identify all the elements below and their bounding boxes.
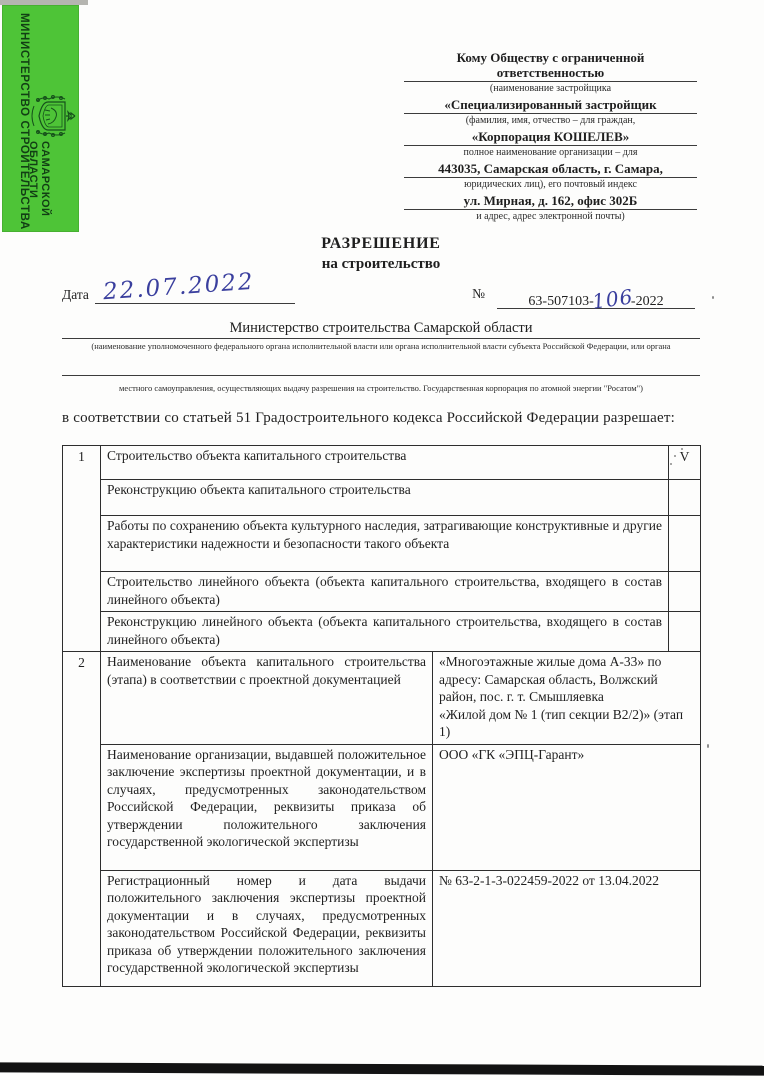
addressee-block: Кому Обществу с ограниченной ответственн… <box>404 50 697 225</box>
addressee-line: «Корпорация КОШЕЛЕВ» <box>404 129 697 146</box>
addressee-caption: (наименование застройщика <box>404 82 697 97</box>
table-row: 2 Наименование объекта капитального стро… <box>63 652 701 745</box>
date-field: 22.07.2022 <box>95 281 295 304</box>
number-prefix: 63-507103- <box>528 294 593 309</box>
field-value-cell: ООО «ГК «ЭПЦ-Гарант» <box>433 744 701 870</box>
addressee-caption: полное наименование организации – для <box>404 146 697 161</box>
row-number-cell: 1 <box>63 446 101 652</box>
number-suffix: -2022 <box>631 294 664 309</box>
scan-speck <box>681 448 683 450</box>
addressee-caption: (фамилия, имя, отчество – для граждан, <box>404 114 697 129</box>
ministry-sticker: МИНИСТЕРСТВО СТРОИТЕЛЬСТВА САМАРСКОЙ ОБЛ… <box>2 5 79 232</box>
permit-table-section-1: 1 Строительство объекта капитального стр… <box>62 445 701 652</box>
field-value-cell: «Многоэтажные жилые дома А-33» по адресу… <box>433 652 701 745</box>
work-type-cell: Работы по сохранению объекта культурного… <box>101 516 669 572</box>
sticker-region-name: САМАРСКОЙ ОБЛАСТИ <box>27 141 51 233</box>
checkbox-cell <box>669 612 701 652</box>
authority-name: Министерство строительства Самарской обл… <box>62 318 700 339</box>
checkbox-cell <box>669 516 701 572</box>
permit-table: 1 Строительство объекта капитального стр… <box>62 445 700 987</box>
table-row: Строительство линейного объекта (объекта… <box>63 572 701 612</box>
table-row: Работы по сохранению объекта культурного… <box>63 516 701 572</box>
field-label-cell: Наименование объекта капитального строит… <box>101 652 433 745</box>
issuing-authority-block: Министерство строительства Самарской обл… <box>62 318 700 394</box>
addressee-line: 443035, Самарская область, г. Самара, <box>404 161 697 178</box>
number-label: № <box>472 286 485 302</box>
title-line-1: РАЗРЕШЕНИЕ <box>62 233 700 254</box>
date-label: Дата <box>62 287 89 303</box>
document-title: РАЗРЕШЕНИЕ на строительство <box>62 233 700 274</box>
checkbox-cell: V <box>669 446 701 480</box>
ministry-sticker-rotated-content: МИНИСТЕРСТВО СТРОИТЕЛЬСТВА САМАРСКОЙ ОБЛ… <box>2 5 79 232</box>
work-type-cell: Строительство линейного объекта (объекта… <box>101 572 669 612</box>
table-row: Регистрационный номер и дата выдачи поло… <box>63 870 701 986</box>
addressee-line: Кому Обществу с ограниченной ответственн… <box>404 50 697 82</box>
scan-speck <box>670 463 672 465</box>
field-label-cell: Регистрационный номер и дата выдачи поло… <box>101 870 433 986</box>
date-number-row: Дата 22.07.2022 № 63-507103-106-2022 <box>62 281 700 311</box>
table-row: Реконструкцию объекта капитального строи… <box>63 480 701 516</box>
work-type-cell: Строительство объекта капитального строи… <box>101 446 669 480</box>
checkbox-cell <box>669 480 701 516</box>
table-row: 1 Строительство объекта капитального стр… <box>63 446 701 480</box>
scan-bottom-edge-artifact <box>0 1062 764 1075</box>
authority-caption-2: местного самоуправления, осуществляющих … <box>62 383 700 394</box>
permit-table-section-2: 2 Наименование объекта капитального стро… <box>62 651 701 987</box>
row-number-cell: 2 <box>63 652 101 987</box>
handwritten-date: 22.07.2022 <box>102 269 255 306</box>
authority-blank-line <box>62 352 700 376</box>
scan-speck <box>674 455 676 457</box>
scan-speck <box>707 744 709 748</box>
intro-sentence: в соответствии со статьей 51 Градостроит… <box>62 410 700 427</box>
samara-coat-of-arms-icon <box>29 91 77 141</box>
field-value-cell: № 63-2-1-3-022459-2022 от 13.04.2022 <box>433 870 701 986</box>
handwritten-number-part: 106 <box>590 284 634 313</box>
addressee-line: «Специализированный застройщик <box>404 97 697 114</box>
table-row: Реконструкцию линейного объекта (объекта… <box>63 612 701 652</box>
construction-permit-document: МИНИСТЕРСТВО СТРОИТЕЛЬСТВА САМАРСКОЙ ОБЛ… <box>0 0 764 1080</box>
addressee-caption: и адрес, адрес электронной почты) <box>404 210 697 225</box>
table-row: Наименование организации, выдавшей полож… <box>63 744 701 870</box>
addressee-line: ул. Мирная, д. 162, офис 302Б <box>404 193 697 210</box>
number-field: 63-507103-106-2022 <box>497 281 695 309</box>
work-type-cell: Реконструкцию объекта капитального строи… <box>101 480 669 516</box>
authority-caption-1: (наименование уполномоченного федерально… <box>62 341 700 352</box>
field-label-cell: Наименование организации, выдавшей полож… <box>101 744 433 870</box>
work-type-cell: Реконструкцию линейного объекта (объекта… <box>101 612 669 652</box>
addressee-caption: юридических лиц), его почтовый индекс <box>404 178 697 193</box>
title-line-2: на строительство <box>62 254 700 274</box>
scan-speck <box>712 296 714 299</box>
checkbox-cell <box>669 572 701 612</box>
